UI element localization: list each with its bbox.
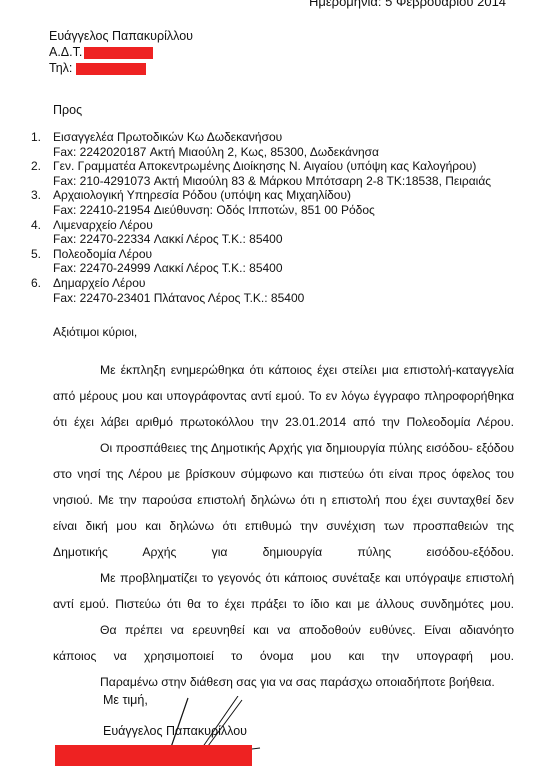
recipient-number: 5. <box>31 247 53 262</box>
sender-name: Ευάγγελος Παπακυρίλλου <box>49 28 193 44</box>
recipient-item: 3.Αρχαιολογική Υπηρεσία Ρόδου (υπόψη κας… <box>31 188 491 217</box>
paragraph-3: Με προβληματίζει το γεγονός ότι κάποιος … <box>53 565 514 617</box>
recipient-list: 1.Εισαγγελέα Πρωτοδικών Κω ΔωδεκανήσουFa… <box>31 130 491 305</box>
recipient-name-line: 1.Εισαγγελέα Πρωτοδικών Κω Δωδεκανήσου <box>31 130 491 145</box>
recipient-number: 3. <box>31 188 53 203</box>
recipient-name-line: 2.Γεν. Γραμματέα Αποκεντρωμένης Διοίκηση… <box>31 159 491 174</box>
recipient-name-line: 6.Δημαρχείο Λέρου <box>31 276 491 291</box>
sender-phone-label: Τηλ: <box>49 61 72 75</box>
recipient-name: Αρχαιολογική Υπηρεσία Ρόδου (υπόψη κας Μ… <box>53 188 351 202</box>
recipient-name-line: 4.Λιμεναρχείο Λέρου <box>31 218 491 233</box>
redacted-id <box>84 47 153 59</box>
sender-phone: Τηλ: <box>49 60 146 76</box>
paragraph-5-text: Παραμένω στην διάθεση σας για να σας παρ… <box>100 675 495 689</box>
recipient-number: 2. <box>31 159 53 174</box>
recipient-number: 6. <box>31 276 53 291</box>
letter-date: Ημερομηνία: 5 Φεβρουαρίου 2014 <box>309 0 506 9</box>
recipient-name: Δημαρχείο Λέρου <box>53 276 145 290</box>
recipient-fax: Fax: 22470-24999 Λακκί Λέρος Τ.Κ.: 85400 <box>31 261 491 276</box>
paragraph-4-text: Θα πρέπει να ερευνηθεί και να αποδοθούν … <box>53 623 514 663</box>
paragraph-4: Θα πρέπει να ερευνηθεί και να αποδοθούν … <box>53 617 514 669</box>
recipient-name-line: 5.Πολεοδομία Λέρου <box>31 247 491 262</box>
recipient-fax: Fax: 210-4291073 Ακτή Μιαούλη 83 & Μάρκο… <box>31 174 491 189</box>
sender-id-label: Α.Δ.Τ. <box>49 45 82 59</box>
recipient-fax: Fax: 2242020187 Ακτή Μιαούλη 2, Κως, 853… <box>31 145 491 160</box>
sender-id: Α.Δ.Τ. <box>49 44 153 60</box>
recipient-item: 4.Λιμεναρχείο ΛέρουFax: 22470-22334 Λακκ… <box>31 218 491 247</box>
recipient-name: Πολεοδομία Λέρου <box>53 247 152 261</box>
redacted-signature-area <box>55 745 252 766</box>
greeting: Αξιότιμοι κύριοι, <box>53 325 137 339</box>
recipient-fax: Fax: 22470-23401 Πλάτανος Λέρος Τ.Κ.: 85… <box>31 291 491 306</box>
recipient-item: 5.Πολεοδομία ΛέρουFax: 22470-24999 Λακκί… <box>31 247 491 276</box>
paragraph-1-text: Με έκπληξη ενημερώθηκα ότι κάποιος έχει … <box>53 363 514 429</box>
recipient-fax: Fax: 22410-21954 Διεύθυνση: Οδός Ιπποτών… <box>31 203 491 218</box>
redacted-phone <box>76 63 146 75</box>
paragraph-5: Παραμένω στην διάθεση σας για να σας παρ… <box>53 669 514 695</box>
paragraph-1: Με έκπληξη ενημερώθηκα ότι κάποιος έχει … <box>53 357 514 435</box>
recipient-item: 2.Γεν. Γραμματέα Αποκεντρωμένης Διοίκηση… <box>31 159 491 188</box>
recipient-item: 6.Δημαρχείο ΛέρουFax: 22470-23401 Πλάταν… <box>31 276 491 305</box>
recipient-number: 4. <box>31 218 53 233</box>
recipient-number: 1. <box>31 130 53 145</box>
paragraph-3-text: Με προβληματίζει το γεγονός ότι κάποιος … <box>53 571 514 611</box>
to-label: Προς <box>53 103 82 117</box>
paragraph-2-text: Οι προσπάθειες της Δημοτικής Αρχής για δ… <box>53 441 514 559</box>
recipient-name-line: 3.Αρχαιολογική Υπηρεσία Ρόδου (υπόψη κας… <box>31 188 491 203</box>
recipient-name: Λιμεναρχείο Λέρου <box>53 218 153 232</box>
closing: Με τιμή, <box>103 693 148 707</box>
recipient-name: Γεν. Γραμματέα Αποκεντρωμένης Διοίκησης … <box>53 159 476 173</box>
recipient-fax: Fax: 22470-22334 Λακκί Λέρος Τ.Κ.: 85400 <box>31 232 491 247</box>
recipient-item: 1.Εισαγγελέα Πρωτοδικών Κω ΔωδεκανήσουFa… <box>31 130 491 159</box>
recipient-name: Εισαγγελέα Πρωτοδικών Κω Δωδεκανήσου <box>53 130 282 144</box>
paragraph-2: Οι προσπάθειες της Δημοτικής Αρχής για δ… <box>53 435 514 565</box>
letter-body: Με έκπληξη ενημερώθηκα ότι κάποιος έχει … <box>53 357 514 695</box>
